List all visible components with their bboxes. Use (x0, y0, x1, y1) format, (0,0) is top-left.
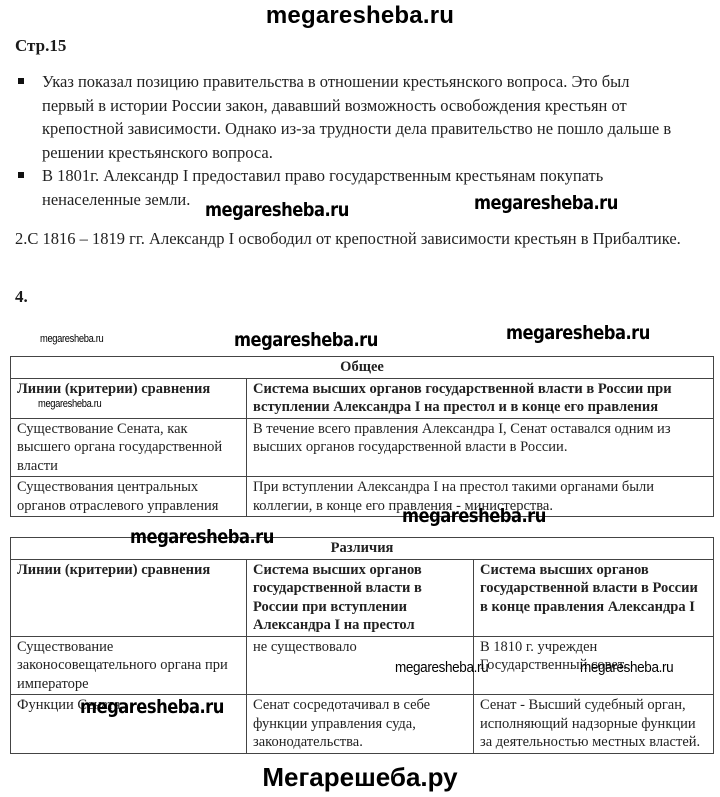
watermark: megaresheba.ru (40, 333, 103, 345)
bullet-square-icon (18, 78, 24, 84)
bullet-text: Указ показал позицию правительства в отн… (42, 72, 671, 162)
table-row: Существование Сената, как высшего органа… (11, 418, 714, 477)
bullet-item: Указ показал позицию правительства в отн… (14, 70, 684, 164)
table-cell: Существования центральных органов отрасл… (11, 477, 247, 517)
watermark-footer: Мегарешеба.ру (0, 762, 720, 793)
table-cell: В течение всего правления Александра I, … (247, 418, 714, 477)
table-cell: Существование Сената, как высшего органа… (11, 418, 247, 477)
watermark: megaresheba.ru (506, 322, 650, 344)
watermark: megaresheba.ru (395, 659, 488, 676)
column-header: Система высших органов государственной в… (474, 559, 714, 636)
table-cell: Существование законосовещательного орган… (11, 636, 247, 695)
watermark: megaresheba.ru (580, 659, 673, 676)
comparison-table-differences: Различия Линии (критерии) сравнения Сист… (10, 537, 714, 754)
table-title: Общее (11, 357, 714, 379)
watermark: megaresheba.ru (234, 329, 378, 351)
column-header: Линии (критерии) сравнения (11, 559, 247, 636)
watermark: megaresheba.ru (402, 505, 546, 527)
watermark: megaresheba.ru (80, 696, 224, 718)
bullet-square-icon (18, 172, 24, 178)
page-label: Стр.15 (15, 36, 66, 56)
watermark: megaresheba.ru (474, 192, 618, 214)
column-header: Система высших органов государственной в… (247, 559, 474, 636)
section-4-label: 4. (15, 287, 28, 307)
table-cell: Сенат сосредотачивал в себе функции упра… (247, 695, 474, 754)
column-header: Система высших органов государственной в… (247, 378, 714, 418)
watermark: megaresheba.ru (130, 526, 274, 548)
watermark: megaresheba.ru (205, 199, 349, 221)
table-row: Существования центральных органов отрасл… (11, 477, 714, 517)
bullet-list: Указ показал позицию правительства в отн… (14, 70, 684, 211)
table-cell: Сенат - Высший судебный орган, исполняющ… (474, 695, 714, 754)
watermark: megaresheba.ru (38, 398, 101, 410)
comparison-table-common: Общее Линии (критерии) сравнения Система… (10, 356, 714, 517)
table-title: Различия (11, 538, 714, 560)
paragraph-answer-2: 2.С 1816 – 1819 гг. Александр I освободи… (15, 227, 695, 251)
watermark-header: megaresheba.ru (0, 2, 720, 30)
